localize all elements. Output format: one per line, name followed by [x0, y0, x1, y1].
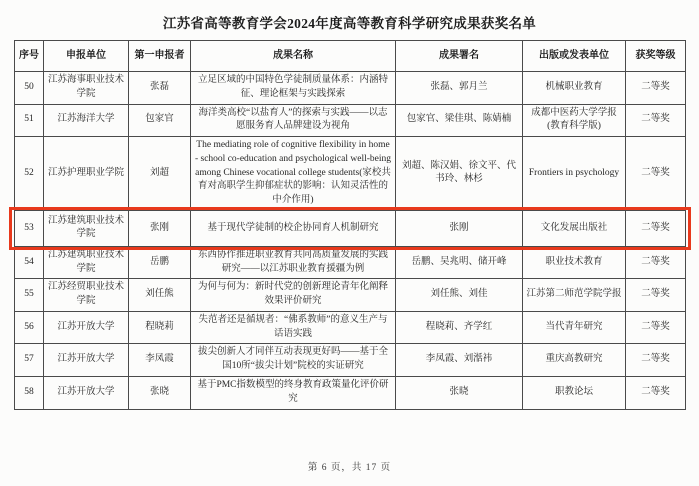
cell-publisher: 机械职业教育 — [523, 72, 626, 105]
cell-achievement-authors: 程晓莉、齐学红 — [396, 311, 523, 344]
cell-publisher: 江苏第二师范学院学报 — [523, 279, 626, 312]
cell-award-level: 二等奖 — [626, 137, 686, 211]
cell-declaring-unit: 江苏开放大学 — [44, 377, 129, 410]
cell-achievement-title: 立足区域的中国特色学徒制质量体系：内涵特征、理论框架与实践探索 — [191, 72, 396, 105]
page-number: 第 6 页，共 17 页 — [0, 459, 699, 473]
cell-publisher: 成都中医药大学学报(教育科学版) — [523, 104, 626, 137]
cell-achievement-authors: 张刚 — [396, 210, 523, 246]
cell-achievement-title: 基于现代学徒制的校企协同育人机制研究 — [191, 210, 396, 246]
column-header-award: 获奖等级 — [626, 41, 686, 72]
cell-declaring-unit: 江苏护理职业学院 — [44, 137, 129, 211]
cell-first-applicant: 张磊 — [129, 72, 191, 105]
column-header-no: 序号 — [15, 41, 44, 72]
cell-achievement-title: 基于PMC指数模型的终身教育政策量化评价研究 — [191, 377, 396, 410]
cell-declaring-unit: 江苏海事职业技术学院 — [44, 72, 129, 105]
table-row: 53江苏建筑职业技术学院张刚基于现代学徒制的校企协同育人机制研究张刚文化发展出版… — [15, 210, 686, 246]
table-row: 51江苏海洋大学包家官海洋类高校“以盐育人”的探索与实践——以志愿服务育人品牌建… — [15, 104, 686, 137]
cell-award-level: 二等奖 — [626, 377, 686, 410]
cell-serial-number: 55 — [15, 279, 44, 312]
cell-first-applicant: 李凤霞 — [129, 344, 191, 377]
cell-serial-number: 50 — [15, 72, 44, 105]
cell-award-level: 二等奖 — [626, 311, 686, 344]
cell-serial-number: 51 — [15, 104, 44, 137]
cell-achievement-authors: 刘超、陈汉娟、徐文平、代书玲、林杉 — [396, 137, 523, 211]
table-row: 54江苏建筑职业技术学院岳鹏东西协作推进职业教育共同高质量发展的实践研究——以江… — [15, 246, 686, 279]
cell-award-level: 二等奖 — [626, 210, 686, 246]
table-row: 57江苏开放大学李凤霞拔尖创新人才同伴互动表现更好吗——基于全国10所“拔尖计划… — [15, 344, 686, 377]
table-header-row: 序号 申报单位 第一申报者 成果名称 成果署名 出版或发表单位 获奖等级 — [15, 41, 686, 72]
cell-declaring-unit: 江苏海洋大学 — [44, 104, 129, 137]
cell-achievement-title: 海洋类高校“以盐育人”的探索与实践——以志愿服务育人品牌建设为视角 — [191, 104, 396, 137]
cell-award-level: 二等奖 — [626, 72, 686, 105]
column-header-publisher: 出版或发表单位 — [523, 41, 626, 72]
cell-publisher: 重庆高教研究 — [523, 344, 626, 377]
cell-declaring-unit: 江苏经贸职业技术学院 — [44, 279, 129, 312]
cell-achievement-title: 失范者还是循规者：“佛系教师”的意义生产与话语实践 — [191, 311, 396, 344]
column-header-authors: 成果署名 — [396, 41, 523, 72]
cell-achievement-authors: 岳鹏、吴兆明、储开峰 — [396, 246, 523, 279]
cell-serial-number: 57 — [15, 344, 44, 377]
cell-declaring-unit: 江苏建筑职业技术学院 — [44, 246, 129, 279]
cell-declaring-unit: 江苏开放大学 — [44, 311, 129, 344]
cell-achievement-authors: 刘任熊、刘佳 — [396, 279, 523, 312]
table-row: 55江苏经贸职业技术学院刘任熊为何与何为：新时代党的创新理论青年化阐释效果评价研… — [15, 279, 686, 312]
table-row: 56江苏开放大学程晓莉失范者还是循规者：“佛系教师”的意义生产与话语实践程晓莉、… — [15, 311, 686, 344]
table-row: 52江苏护理职业学院刘超The mediating role of cognit… — [15, 137, 686, 211]
cell-first-applicant: 刘任熊 — [129, 279, 191, 312]
cell-achievement-authors: 李凤霞、刘湉祎 — [396, 344, 523, 377]
cell-first-applicant: 岳鹏 — [129, 246, 191, 279]
cell-declaring-unit: 江苏开放大学 — [44, 344, 129, 377]
cell-serial-number: 56 — [15, 311, 44, 344]
cell-achievement-authors: 张晓 — [396, 377, 523, 410]
cell-achievement-title: The mediating role of cognitive flexibil… — [191, 137, 396, 211]
cell-serial-number: 54 — [15, 246, 44, 279]
cell-publisher: Frontiers in psychology — [523, 137, 626, 211]
table-row: 58江苏开放大学张晓基于PMC指数模型的终身教育政策量化评价研究张晓职教论坛二等… — [15, 377, 686, 410]
cell-award-level: 二等奖 — [626, 279, 686, 312]
cell-achievement-title: 为何与何为：新时代党的创新理论青年化阐释效果评价研究 — [191, 279, 396, 312]
cell-award-level: 二等奖 — [626, 246, 686, 279]
cell-achievement-title: 东西协作推进职业教育共同高质量发展的实践研究——以江苏职业教育援疆为例 — [191, 246, 396, 279]
cell-achievement-authors: 张磊、郭月兰 — [396, 72, 523, 105]
cell-publisher: 文化发展出版社 — [523, 210, 626, 246]
cell-award-level: 二等奖 — [626, 344, 686, 377]
table-body: 50江苏海事职业技术学院张磊立足区域的中国特色学徒制质量体系：内涵特征、理论框架… — [15, 72, 686, 410]
cell-first-applicant: 张晓 — [129, 377, 191, 410]
cell-first-applicant: 包家官 — [129, 104, 191, 137]
cell-award-level: 二等奖 — [626, 104, 686, 137]
column-header-title: 成果名称 — [191, 41, 396, 72]
column-header-unit: 申报单位 — [44, 41, 129, 72]
cell-achievement-title: 拔尖创新人才同伴互动表现更好吗——基于全国10所“拔尖计划”院校的实证研究 — [191, 344, 396, 377]
cell-first-applicant: 程晓莉 — [129, 311, 191, 344]
cell-declaring-unit: 江苏建筑职业技术学院 — [44, 210, 129, 246]
cell-first-applicant: 刘超 — [129, 137, 191, 211]
table-wrapper: 序号 申报单位 第一申报者 成果名称 成果署名 出版或发表单位 获奖等级 50江… — [14, 40, 685, 410]
cell-publisher: 职教论坛 — [523, 377, 626, 410]
cell-publisher: 职业技术教育 — [523, 246, 626, 279]
cell-publisher: 当代青年研究 — [523, 311, 626, 344]
cell-first-applicant: 张刚 — [129, 210, 191, 246]
cell-serial-number: 58 — [15, 377, 44, 410]
document-page: 江苏省高等教育学会2024年度高等教育科学研究成果获奖名单 序号 申报单位 第一… — [0, 0, 699, 486]
document-title: 江苏省高等教育学会2024年度高等教育科学研究成果获奖名单 — [0, 12, 699, 32]
cell-serial-number: 52 — [15, 137, 44, 211]
column-header-applicant: 第一申报者 — [129, 41, 191, 72]
award-table: 序号 申报单位 第一申报者 成果名称 成果署名 出版或发表单位 获奖等级 50江… — [14, 40, 686, 410]
cell-achievement-authors: 包家官、梁佳琪、陈婧楠 — [396, 104, 523, 137]
cell-serial-number: 53 — [15, 210, 44, 246]
table-row: 50江苏海事职业技术学院张磊立足区域的中国特色学徒制质量体系：内涵特征、理论框架… — [15, 72, 686, 105]
